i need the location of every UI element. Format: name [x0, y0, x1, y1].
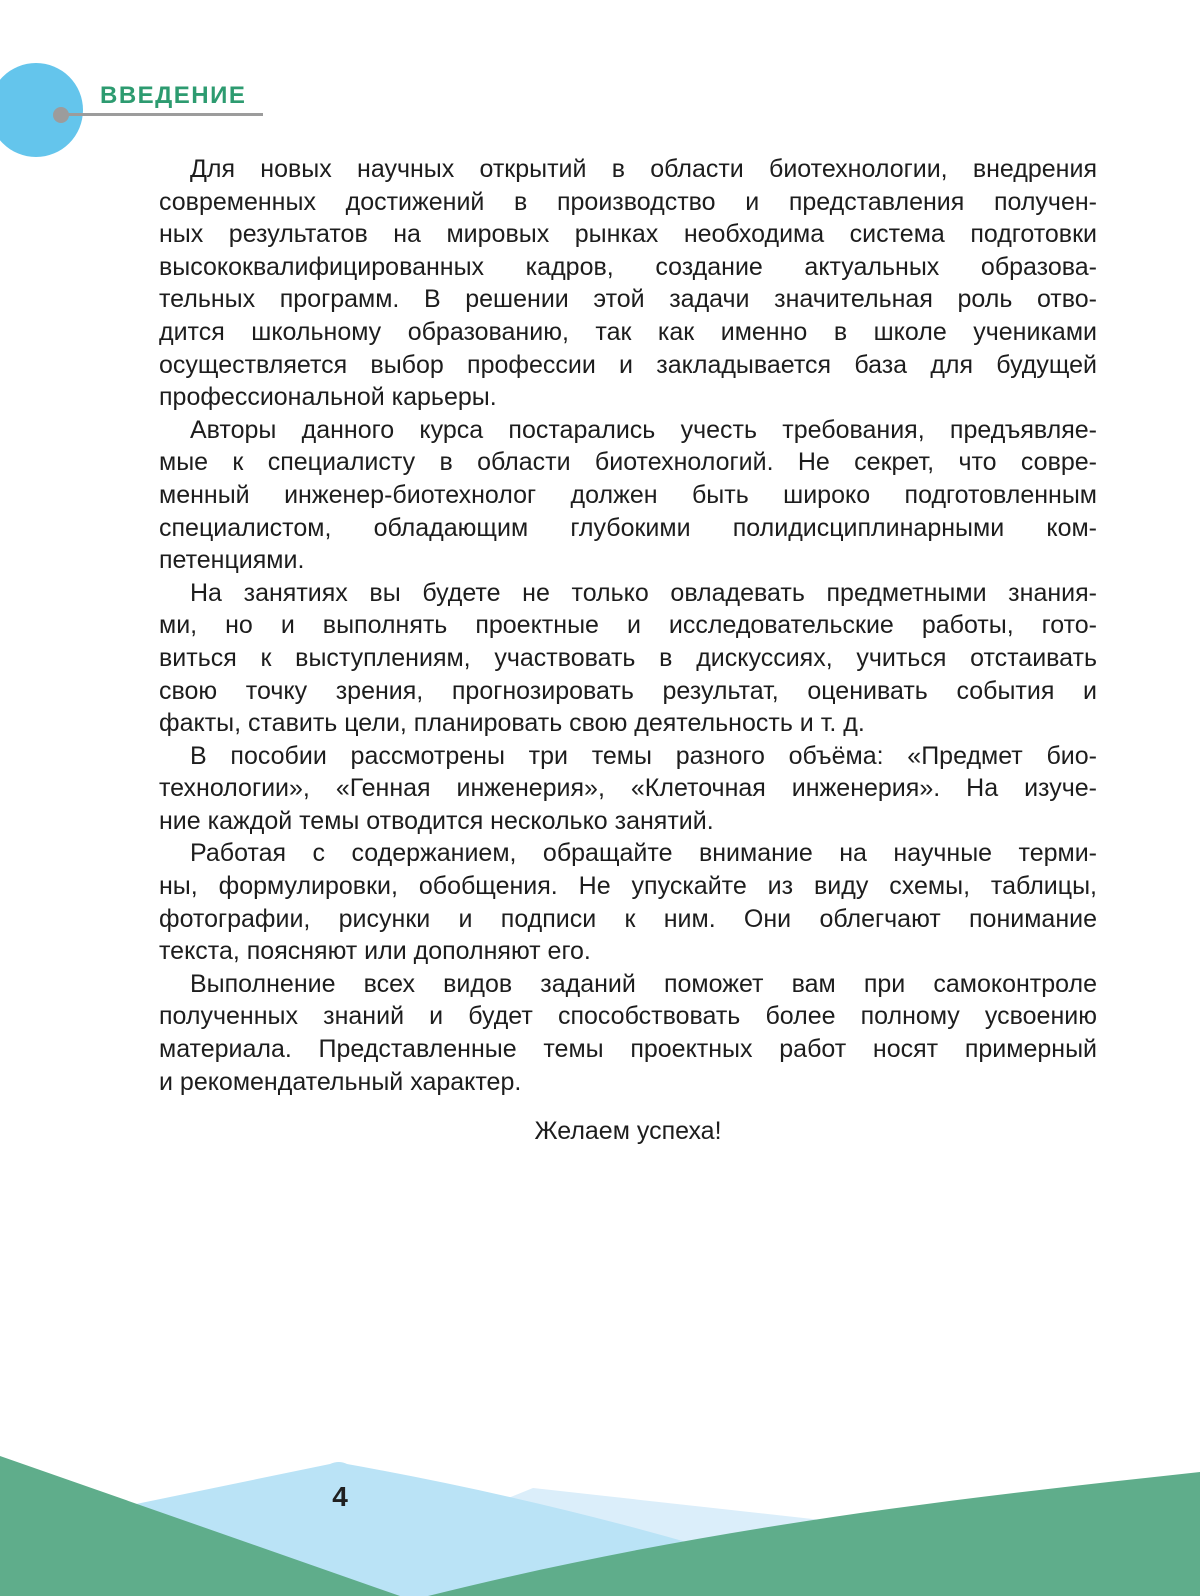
closing-line: Желаем успеха!	[159, 1115, 1097, 1148]
text-line: Для новых научных открытий в области био…	[159, 153, 1097, 186]
text-line: технологии», «Генная инженерия», «Клеточ…	[159, 772, 1097, 805]
mountains-graphic	[0, 1400, 1200, 1596]
paragraph: В пособии рассмотрены три темы разного о…	[159, 740, 1097, 838]
decorative-circle	[0, 63, 83, 157]
text-line: ных результатов на мировых рынках необхо…	[159, 218, 1097, 251]
text-line: факты, ставить цели, планировать свою де…	[159, 707, 1097, 740]
text-line: полученных знаний и будет способствовать…	[159, 1000, 1097, 1033]
text-line: В пособии рассмотрены три темы разного о…	[159, 740, 1097, 773]
text-line: высококвалифицированных кадров, создание…	[159, 251, 1097, 284]
text-line: тельных программ. В решении этой задачи …	[159, 283, 1097, 316]
text-line: осуществляется выбор профессии и заклады…	[159, 349, 1097, 382]
body-text: Для новых научных открытий в области био…	[159, 153, 1097, 1148]
text-line: материала. Представленные темы проектных…	[159, 1033, 1097, 1066]
text-line: текста, поясняют или дополняют его.	[159, 935, 1097, 968]
text-line: Авторы данного курса постарались учесть …	[159, 414, 1097, 447]
text-line: дится школьному образованию, так как име…	[159, 316, 1097, 349]
text-line: петенциями.	[159, 544, 1097, 577]
text-line: свою точку зрения, прогнозировать резуль…	[159, 675, 1097, 708]
header-rule	[61, 113, 263, 116]
text-line: современных достижений в производство и …	[159, 186, 1097, 219]
text-line: виться к выступлениям, участвовать в дис…	[159, 642, 1097, 675]
text-line: менный инженер-биотехнолог должен быть ш…	[159, 479, 1097, 512]
book-page: ВВЕДЕНИЕ Для новых научных открытий в об…	[0, 0, 1200, 1596]
paragraph: Для новых научных открытий в области био…	[159, 153, 1097, 414]
text-line: ны, формулировки, обобщения. Не упускайт…	[159, 870, 1097, 903]
paragraph: На занятиях вы будете не только овладева…	[159, 577, 1097, 740]
paragraph: Авторы данного курса постарались учесть …	[159, 414, 1097, 577]
text-line: Выполнение всех видов заданий поможет ва…	[159, 968, 1097, 1001]
footer-decoration	[0, 1400, 1200, 1596]
text-line: профессиональной карьеры.	[159, 381, 1097, 414]
page-title: ВВЕДЕНИЕ	[100, 84, 246, 108]
text-line: и рекомендательный характер.	[159, 1066, 1097, 1099]
header-rule-dot	[53, 107, 69, 123]
text-line: фотографии, рисунки и подписи к ним. Они…	[159, 903, 1097, 936]
text-line: специалистом, обладающим глубокими полид…	[159, 512, 1097, 545]
text-line: ние каждой темы отводится несколько заня…	[159, 805, 1097, 838]
text-line: ми, но и выполнять проектные и исследова…	[159, 609, 1097, 642]
paragraph: Работая с содержанием, обращайте внимани…	[159, 837, 1097, 967]
text-line: На занятиях вы будете не только овладева…	[159, 577, 1097, 610]
text-line: Работая с содержанием, обращайте внимани…	[159, 837, 1097, 870]
page-number: 4	[322, 1481, 358, 1513]
text-line: мые к специалисту в области биотехнологи…	[159, 446, 1097, 479]
paragraph: Выполнение всех видов заданий поможет ва…	[159, 968, 1097, 1098]
